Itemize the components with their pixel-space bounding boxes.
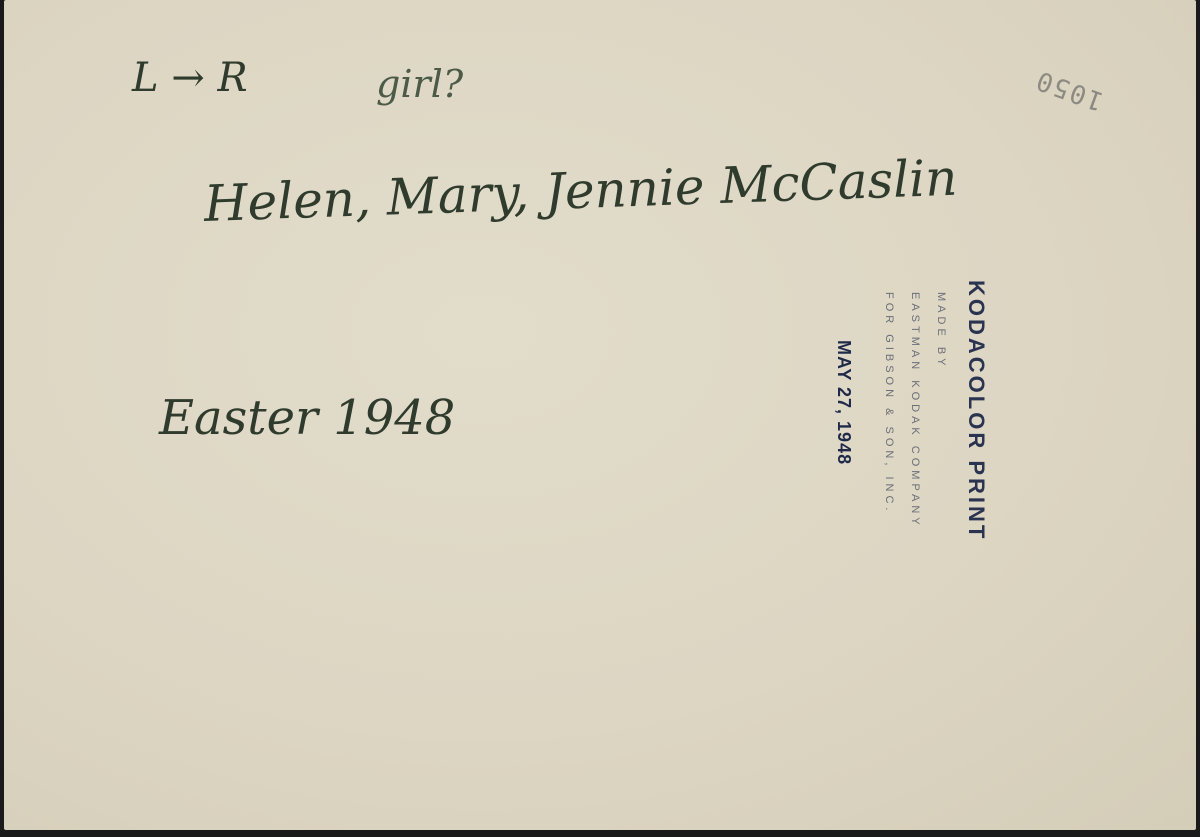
stamp-number: 1050 <box>1031 64 1108 116</box>
names-note: Helen, Mary, Jennie McCaslin <box>203 149 958 233</box>
fine-line: FOR GIBSON & SON, INC. <box>876 292 902 529</box>
query-note: girl? <box>376 62 463 106</box>
fine-line: MADE BY <box>928 292 954 529</box>
kodak-stamp-title: KODACOLOR PRINT <box>963 280 989 541</box>
photo-back-paper: L → R girl? Helen, Mary, Jennie McCaslin… <box>4 0 1196 830</box>
direction-note: L → R <box>132 55 248 101</box>
kodak-stamp-fine-print: MADE BY EASTMAN KODAK COMPANY FOR GIBSON… <box>876 292 954 529</box>
fine-line: EASTMAN KODAK COMPANY <box>902 292 928 529</box>
occasion-note: Easter 1948 <box>159 390 455 446</box>
print-date-stamp: MAY 27, 1948 <box>833 340 854 465</box>
